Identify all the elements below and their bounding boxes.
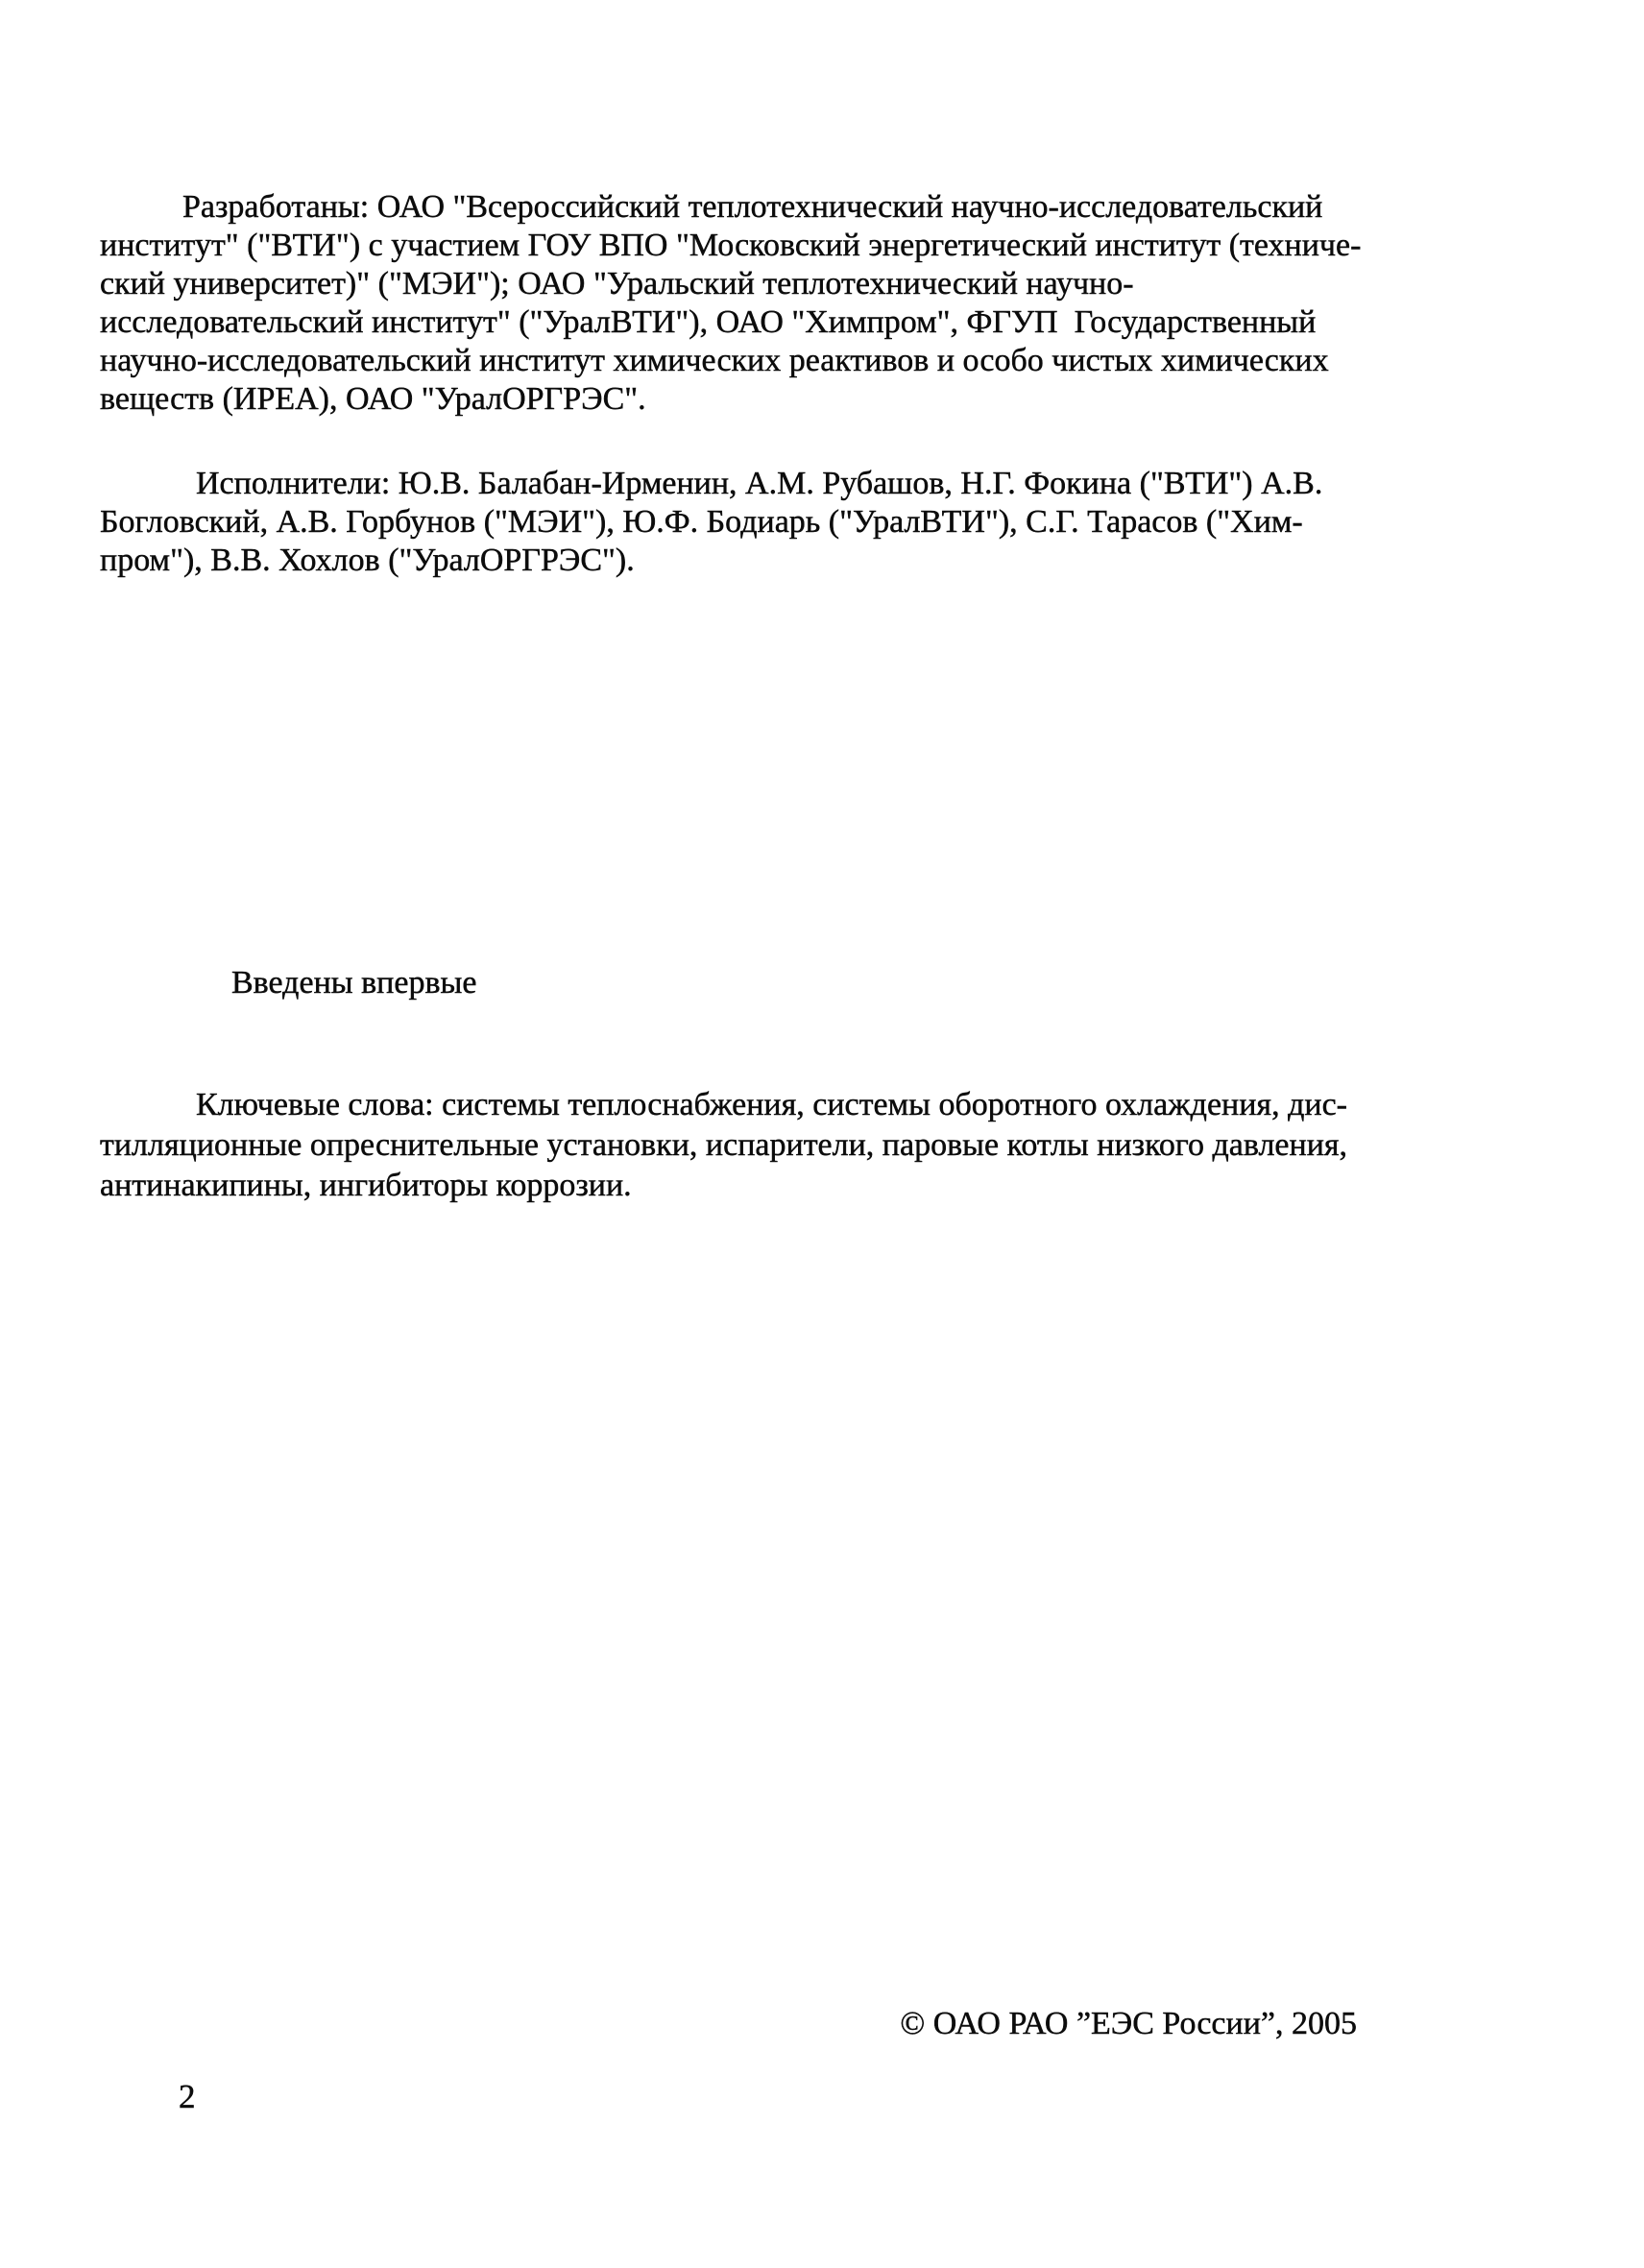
text-line: тилляционные опреснительные установки, и…	[100, 1125, 1521, 1166]
document-page: Разработаны: ОАО "Всероссийский теплотех…	[0, 0, 1644, 2268]
text-line: исследовательский институт" ("УралВТИ"),…	[100, 303, 1521, 342]
text-line: ский университет)" ("МЭИ"); ОАО "Уральск…	[100, 265, 1521, 303]
text-line: институт" ("ВТИ") с участием ГОУ ВПО "Мо…	[100, 227, 1521, 265]
text-line: научно-исследовательский институт химиче…	[100, 342, 1521, 380]
text-line: Разработаны: ОАО "Всероссийский теплотех…	[100, 188, 1521, 227]
text-line: Ключевые слова: системы теплоснабжения, …	[100, 1085, 1521, 1125]
text-line: Введены впервые	[100, 964, 1521, 1002]
text-line: Исполнители: Ю.В. Балабан-Ирменин, А.М. …	[100, 465, 1521, 503]
performers-paragraph: Исполнители: Ю.В. Балабан-Ирменин, А.М. …	[100, 465, 1521, 580]
text-line: пром"), В.В. Хохлов ("УралОРГРЭС").	[100, 542, 1521, 580]
developers-paragraph: Разработаны: ОАО "Всероссийский теплотех…	[100, 188, 1521, 419]
copyright-line: © ОАО РАО ”ЕЭС России”, 2005	[900, 2005, 1357, 2043]
text-line: Богловский, А.В. Горбунов ("МЭИ"), Ю.Ф. …	[100, 503, 1521, 542]
keywords-paragraph: Ключевые слова: системы теплоснабжения, …	[100, 1085, 1521, 1206]
introduced-first-note: Введены впервые	[100, 964, 1521, 1002]
page-number: 2	[179, 2078, 196, 2116]
text-line: антинакипины, ингибиторы коррозии.	[100, 1166, 1521, 1206]
text-line: веществ (ИРЕА), ОАО "УралОРГРЭС".	[100, 380, 1521, 419]
